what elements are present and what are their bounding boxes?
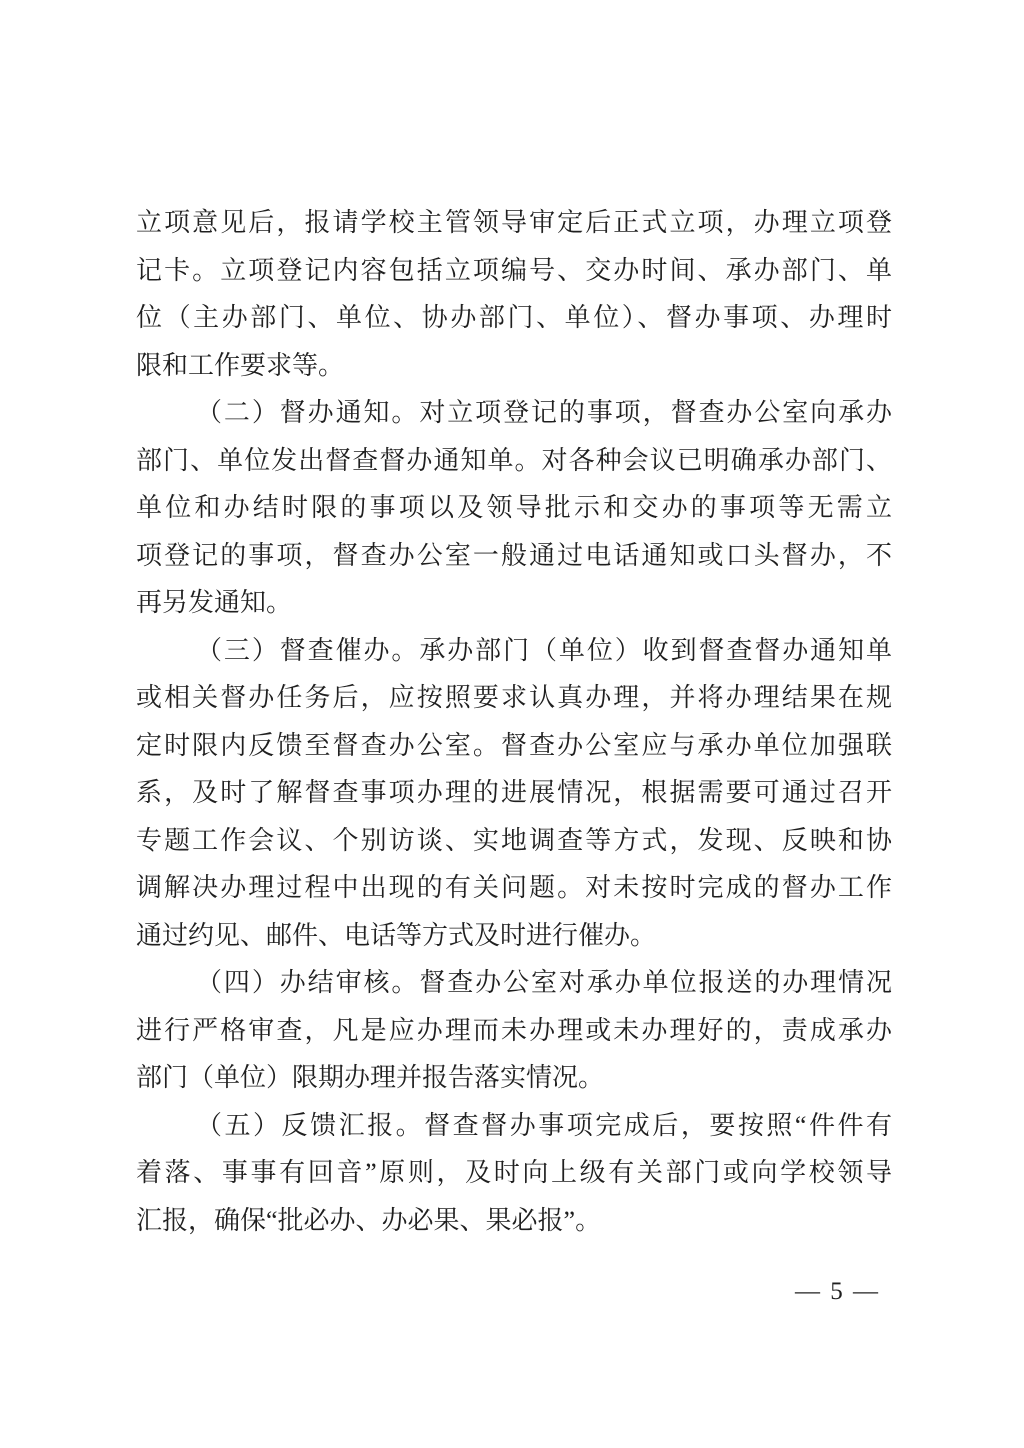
text-line: 调解决办理过程中出现的有关问题。对未按时完成的督办工作 [136, 864, 892, 912]
text-line: （二）督办通知。对立项登记的事项，督查办公室向承办 [136, 389, 892, 437]
text-line: 进行严格审查，凡是应办理而未办理或未办理好的，责成承办 [136, 1007, 892, 1055]
paragraph: （五）反馈汇报。督查督办事项完成后，要按照“件件有着落、事事有回音”原则，及时向… [136, 1102, 892, 1245]
text-line: （三）督查催办。承办部门（单位）收到督查督办通知单 [136, 627, 892, 675]
document-page: 立项意见后，报请学校主管领导审定后正式立项，办理立项登记卡。立项登记内容包括立项… [0, 0, 1024, 1448]
text-line: 专题工作会议、个别访谈、实地调查等方式，发现、反映和协 [136, 817, 892, 865]
paragraph: （三）督查催办。承办部门（单位）收到督查督办通知单或相关督办任务后，应按照要求认… [136, 627, 892, 960]
text-line: 或相关督办任务后，应按照要求认真办理，并将办理结果在规 [136, 674, 892, 722]
text-line: 通过约见、邮件、电话等方式及时进行催办。 [136, 912, 892, 960]
paragraph: 立项意见后，报请学校主管领导审定后正式立项，办理立项登记卡。立项登记内容包括立项… [136, 199, 892, 389]
text-line: 部门、单位发出督查督办通知单。对各种会议已明确承办部门、 [136, 437, 892, 485]
text-line: （五）反馈汇报。督查督办事项完成后，要按照“件件有 [136, 1102, 892, 1150]
text-line: 立项意见后，报请学校主管领导审定后正式立项，办理立项登 [136, 199, 892, 247]
document-body: 立项意见后，报请学校主管领导审定后正式立项，办理立项登记卡。立项登记内容包括立项… [136, 199, 892, 1244]
text-line: 位（主办部门、单位、协办部门、单位）、督办事项、办理时 [136, 294, 892, 342]
text-line: 单位和办结时限的事项以及领导批示和交办的事项等无需立 [136, 484, 892, 532]
text-line: 系，及时了解督查事项办理的进展情况，根据需要可通过召开 [136, 769, 892, 817]
page-number: — 5 — [795, 1276, 880, 1308]
paragraph: （二）督办通知。对立项登记的事项，督查办公室向承办部门、单位发出督查督办通知单。… [136, 389, 892, 627]
text-line: 项登记的事项，督查办公室一般通过电话通知或口头督办，不 [136, 532, 892, 580]
text-line: 限和工作要求等。 [136, 342, 892, 390]
text-line: （四）办结审核。督查办公室对承办单位报送的办理情况 [136, 959, 892, 1007]
text-line: 记卡。立项登记内容包括立项编号、交办时间、承办部门、单 [136, 247, 892, 295]
text-line: 部门（单位）限期办理并报告落实情况。 [136, 1054, 892, 1102]
paragraph: （四）办结审核。督查办公室对承办单位报送的办理情况进行严格审查，凡是应办理而未办… [136, 959, 892, 1102]
text-line: 汇报，确保“批必办、办必果、果必报”。 [136, 1197, 892, 1245]
text-line: 着落、事事有回音”原则，及时向上级有关部门或向学校领导 [136, 1149, 892, 1197]
text-line: 定时限内反馈至督查办公室。督查办公室应与承办单位加强联 [136, 722, 892, 770]
text-line: 再另发通知。 [136, 579, 892, 627]
